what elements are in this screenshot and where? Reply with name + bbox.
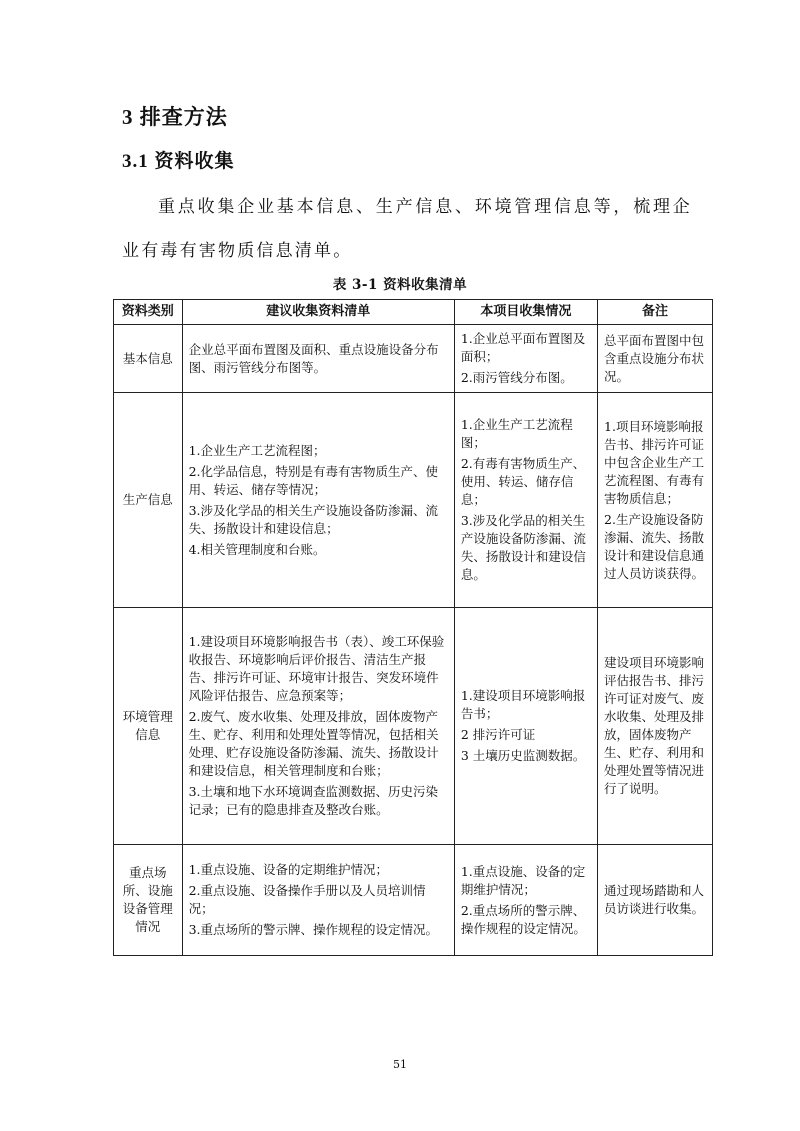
- cell-remarks: 1.项目环境影响报告书、排污许可证中包含企业生产工艺流程图、有毒有害物质信息； …: [598, 393, 713, 608]
- list-item: 1.建设项目环境影响报告书；: [461, 687, 591, 723]
- cell-suggested: 1.企业生产工艺流程图； 2.化学品信息，特别是有毒有害物质生产、使用、转运、储…: [182, 393, 454, 608]
- cell-collected: 1.企业生产工艺流程图； 2.有毒有害物质生产、使用、转运、储存信息； 3.涉及…: [454, 393, 597, 608]
- header-category: 资料类别: [114, 300, 183, 325]
- list-item: 2.雨污管线分布图。: [461, 369, 591, 387]
- cell-remarks: 通过现场踏勘和人员访谈进行收集。: [598, 845, 713, 956]
- header-suggested: 建议收集资料清单: [182, 300, 454, 325]
- list-item: 3.涉及化学品的相关生产设施设备防渗漏、流失、扬散设计和建设信息；: [189, 502, 448, 538]
- data-collection-table: 资料类别 建议收集资料清单 本项目收集情况 备注 基本信息 企业总平面布置图及面…: [113, 299, 713, 956]
- list-item: 3.土壤和地下水环境调查监测数据、历史污染记录；已有的隐患排查及整改台账。: [189, 783, 448, 819]
- section-heading: 3 排查方法: [122, 101, 228, 131]
- cell-suggested: 1.重点设施、设备的定期维护情况； 2.重点设施、设备操作手册以及人员培训情况；…: [182, 845, 454, 956]
- list-item: 2.重点场所的警示牌、操作规程的设定情况。: [461, 902, 591, 938]
- table-row: 环境管理信息 1.建设项目环境影响报告书（表）、竣工环保验收报告、环境影响后评价…: [114, 608, 713, 845]
- table-header-row: 资料类别 建议收集资料清单 本项目收集情况 备注: [114, 300, 713, 325]
- list-item: 4.相关管理制度和台账。: [189, 541, 448, 559]
- list-item: 1.重点设施、设备的定期维护情况；: [461, 863, 591, 899]
- list-item: 3.重点场所的警示牌、操作规程的设定情况。: [189, 921, 448, 939]
- list-item: 1.重点设施、设备的定期维护情况；: [189, 861, 448, 879]
- list-item: 2.废气、废水收集、处理及排放，固体废物产生、贮存、利用和处理处置等情况，包括相…: [189, 708, 448, 780]
- list-item: 1.企业生产工艺流程图；: [189, 442, 448, 460]
- cell-collected: 1.重点设施、设备的定期维护情况； 2.重点场所的警示牌、操作规程的设定情况。: [454, 845, 597, 956]
- cell-remarks: 总平面布置图中包含重点设施分布状况。: [598, 325, 713, 393]
- list-item: 3.涉及化学品的相关生产设施设备防渗漏、流失、扬散设计和建设信息。: [461, 512, 591, 584]
- cell-category: 生产信息: [114, 393, 183, 608]
- list-item: 2.有毒有害物质生产、使用、转运、储存信息；: [461, 455, 591, 509]
- cell-collected: 1.企业总平面布置图及面积； 2.雨污管线分布图。: [454, 325, 597, 393]
- list-item: 2.生产设施设备防渗漏、流失、扬散设计和建设信息通过人员访谈获得。: [604, 511, 706, 583]
- header-collected: 本项目收集情况: [454, 300, 597, 325]
- list-item: 建设项目环境影响评估报告书、排污许可证对废气、废水收集、处理及排放，固体废物产生…: [604, 654, 706, 798]
- cell-category: 重点场所、设施设备管理情况: [114, 845, 183, 956]
- list-item: 1.项目环境影响报告书、排污许可证中包含企业生产工艺流程图、有毒有害物质信息；: [604, 418, 706, 508]
- table-row: 生产信息 1.企业生产工艺流程图； 2.化学品信息，特别是有毒有害物质生产、使用…: [114, 393, 713, 608]
- cell-category: 基本信息: [114, 325, 183, 393]
- list-item: 3 土壤历史监测数据。: [461, 747, 591, 765]
- list-item: 2.化学品信息，特别是有毒有害物质生产、使用、转运、储存等情况；: [189, 463, 448, 499]
- list-item: 总平面布置图中包含重点设施分布状况。: [604, 332, 706, 386]
- header-remarks: 备注: [598, 300, 713, 325]
- table-caption: 表 3-1 资料收集清单: [0, 273, 800, 293]
- cell-suggested: 企业总平面布置图及面积、重点设施设备分布图、雨污管线分布图等。: [182, 325, 454, 393]
- cell-suggested: 1.建设项目环境影响报告书（表）、竣工环保验收报告、环境影响后评价报告、清洁生产…: [182, 608, 454, 845]
- body-paragraph: 重点收集企业基本信息、生产信息、环境管理信息等，梳理企业有毒有害物质信息清单。: [122, 185, 692, 273]
- cell-category: 环境管理信息: [114, 608, 183, 845]
- list-item: 通过现场踏勘和人员访谈进行收集。: [604, 882, 706, 918]
- table-row: 基本信息 企业总平面布置图及面积、重点设施设备分布图、雨污管线分布图等。 1.企…: [114, 325, 713, 393]
- cell-remarks: 建设项目环境影响评估报告书、排污许可证对废气、废水收集、处理及排放，固体废物产生…: [598, 608, 713, 845]
- list-item: 1.企业生产工艺流程图；: [461, 416, 591, 452]
- list-item: 2 排污许可证: [461, 726, 591, 744]
- list-item: 2.重点设施、设备操作手册以及人员培训情况；: [189, 882, 448, 918]
- list-item: 1.建设项目环境影响报告书（表）、竣工环保验收报告、环境影响后评价报告、清洁生产…: [189, 633, 448, 705]
- page-number: 51: [0, 1058, 800, 1071]
- list-item: 1.企业总平面布置图及面积；: [461, 330, 591, 366]
- subsection-heading: 3.1 资料收集: [122, 146, 235, 173]
- cell-collected: 1.建设项目环境影响报告书； 2 排污许可证 3 土壤历史监测数据。: [454, 608, 597, 845]
- list-item: 企业总平面布置图及面积、重点设施设备分布图、雨污管线分布图等。: [189, 341, 448, 377]
- table-row: 重点场所、设施设备管理情况 1.重点设施、设备的定期维护情况； 2.重点设施、设…: [114, 845, 713, 956]
